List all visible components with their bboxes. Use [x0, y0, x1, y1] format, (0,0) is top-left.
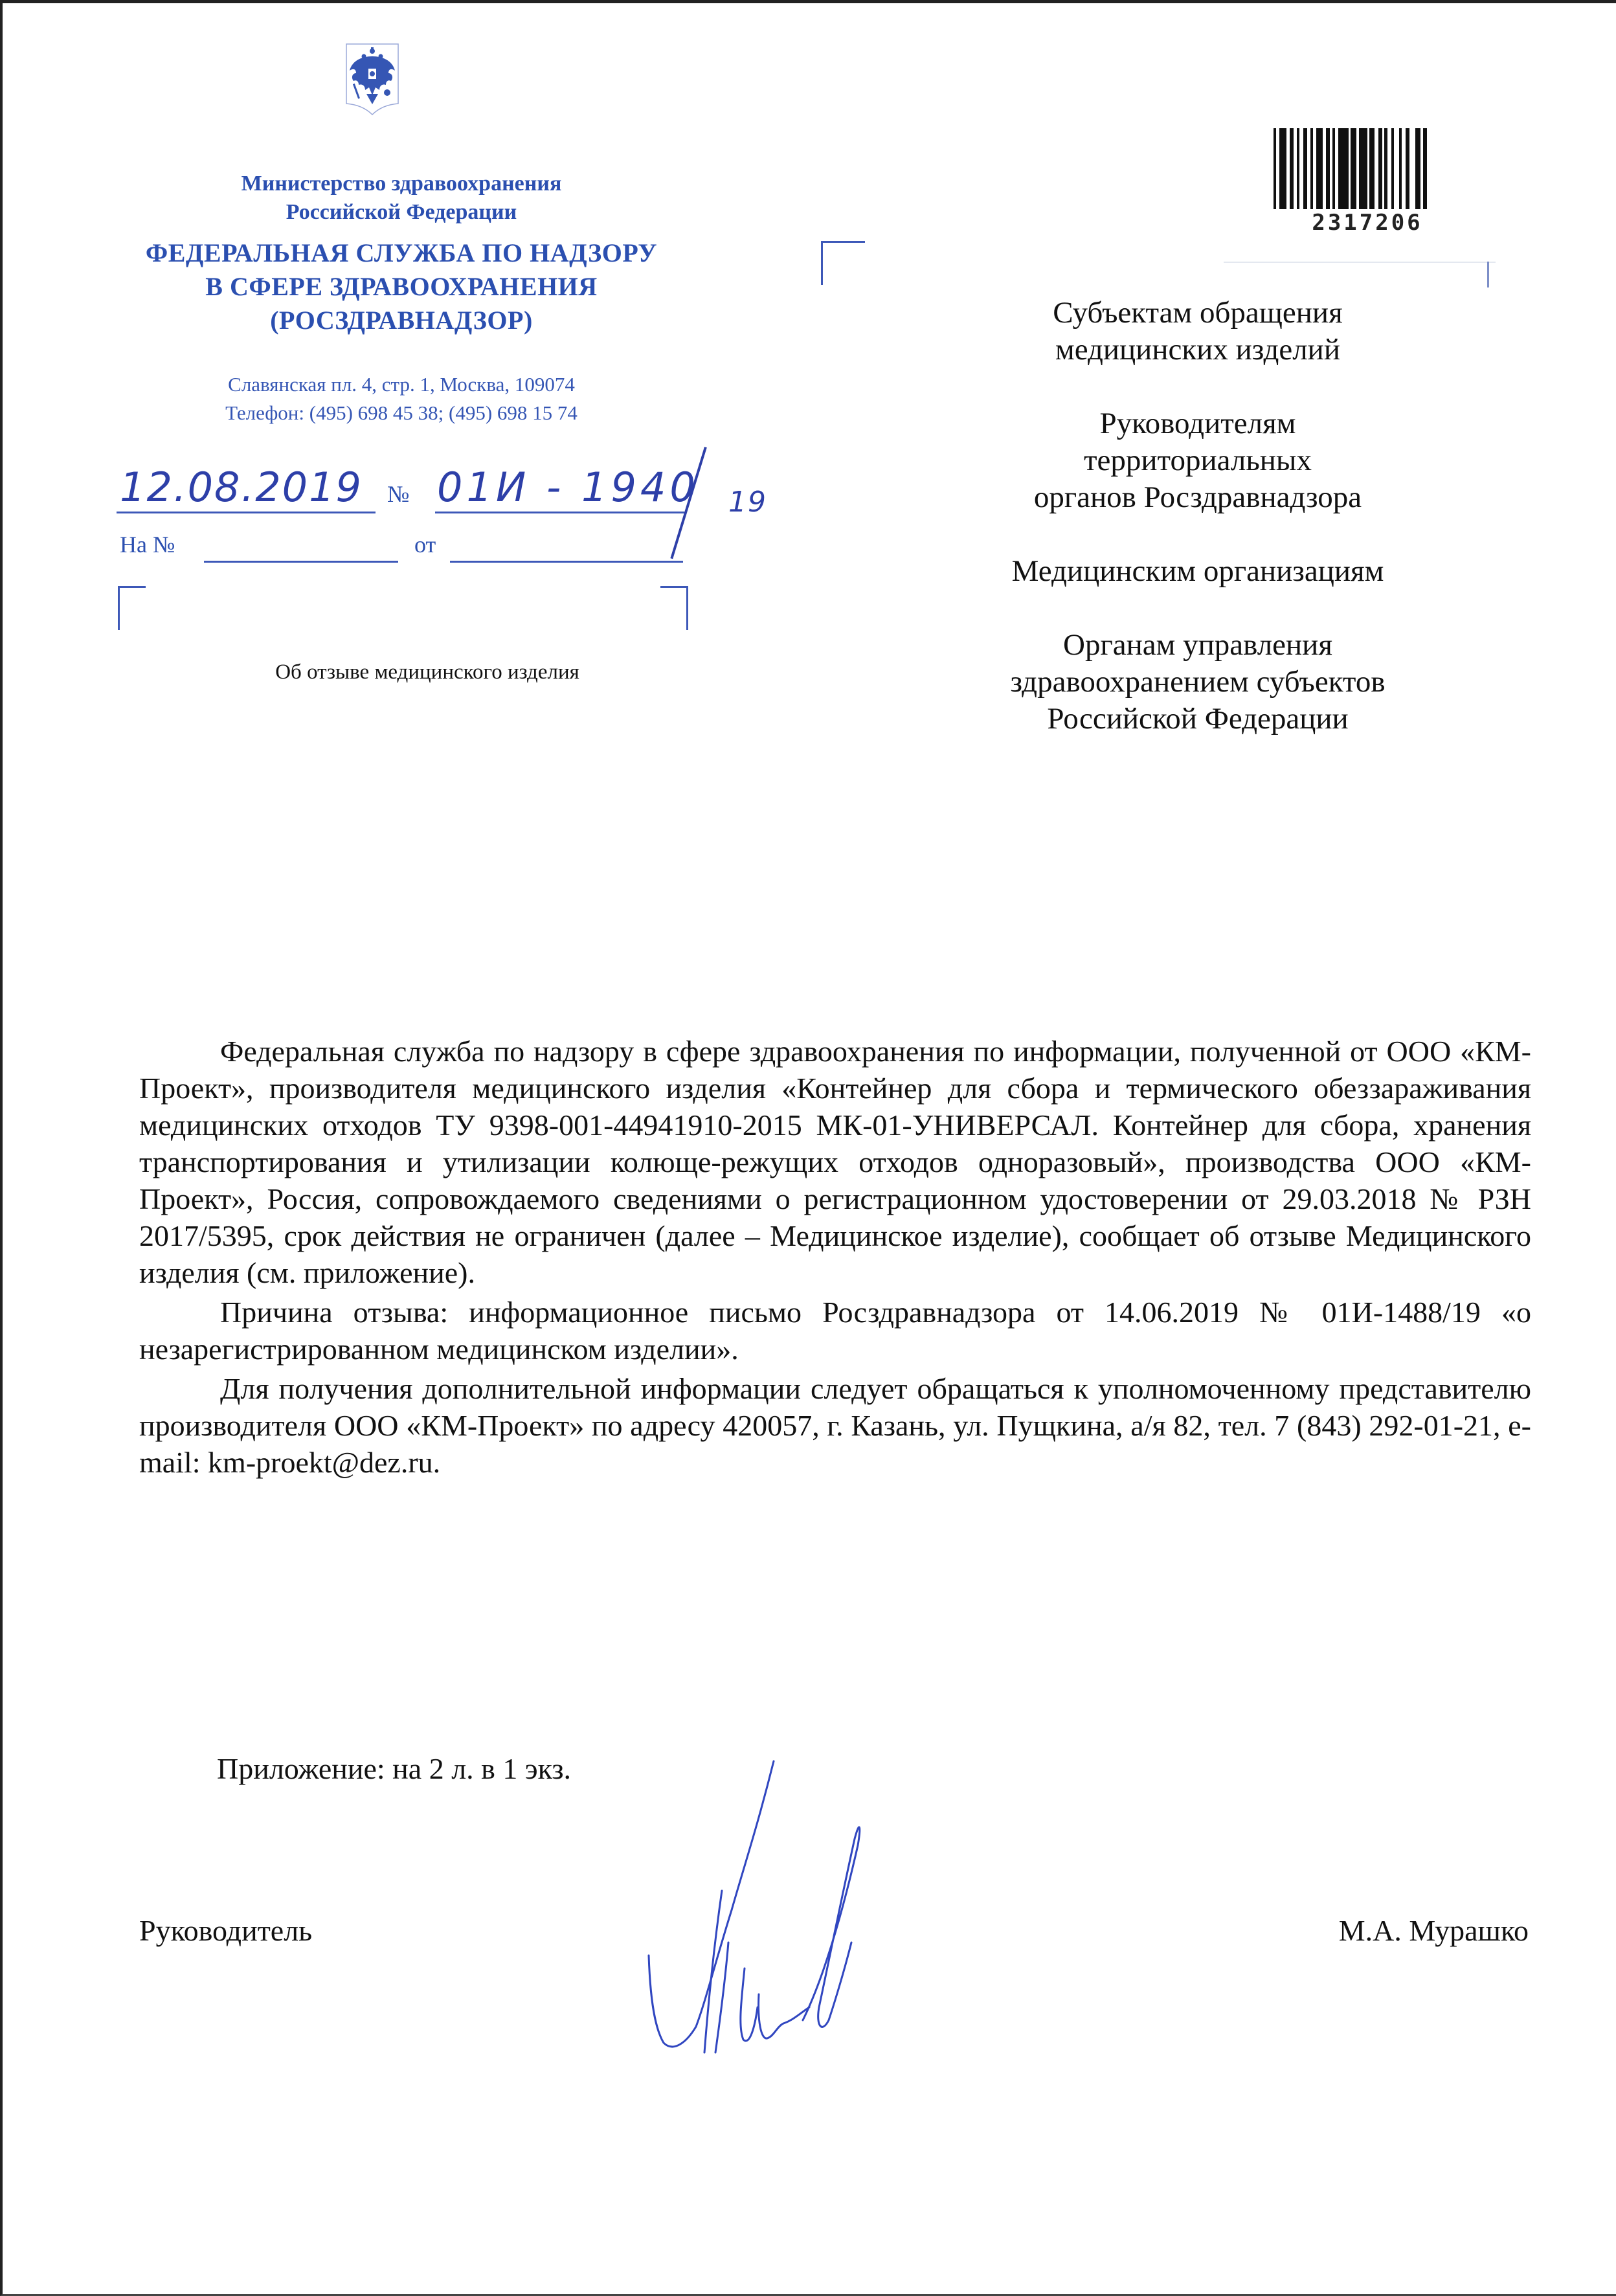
- subject-bracket-right: [660, 586, 688, 630]
- letter-subject: Об отзыве медицинского изделия: [129, 660, 725, 684]
- letter-body: Федеральная служба по надзору в сфере зд…: [139, 1033, 1531, 1481]
- address-line: Славянская пл. 4, стр. 1, Москва, 109074: [110, 370, 693, 399]
- signatory-title: Руководитель: [139, 1913, 312, 1948]
- agency-line-1: ФЕДЕРАЛЬНАЯ СЛУЖБА ПО НАДЗОРУ: [97, 236, 706, 270]
- subject-bracket-left: [118, 586, 146, 630]
- agency-name: ФЕДЕРАЛЬНАЯ СЛУЖБА ПО НАДЗОРУ В СФЕРЕ ЗД…: [97, 236, 706, 337]
- attachment-note: Приложение: на 2 л. в 1 экз.: [217, 1751, 571, 1786]
- ministry-line-1: Министерство здравоохранения: [110, 170, 693, 198]
- addressee-line: Органам управления: [906, 627, 1489, 664]
- ministry-name: Министерство здравоохранения Российской …: [110, 170, 693, 227]
- addressee-line: Российской Федерации: [906, 701, 1489, 737]
- barcode-divider: [1224, 262, 1496, 263]
- handwritten-date: 12.08.2019: [120, 464, 363, 511]
- agency-line-3: (РОСЗДРАВНАДЗОР): [97, 304, 706, 337]
- address-bracket-left: [821, 241, 865, 285]
- reply-from-label: от: [414, 531, 436, 558]
- handwritten-signature-icon: [634, 1748, 1023, 2059]
- addressee-group: Медицинским организациям: [906, 553, 1489, 590]
- handwritten-number: 01И - 1940: [437, 464, 699, 511]
- number-underline: [435, 512, 684, 513]
- reply-date-field: [450, 531, 683, 563]
- addressee-group: Руководителям территориальных органов Ро…: [906, 405, 1489, 516]
- date-underline: [117, 512, 376, 513]
- addressee-group: Субъектам обращения медицинских изделий: [906, 295, 1489, 368]
- barcode-tick: [1487, 262, 1489, 287]
- addressee-group: Органам управления здравоохранением субъ…: [906, 627, 1489, 737]
- addressee-line: Медицинским организациям: [906, 553, 1489, 590]
- addressee-line: территориальных: [906, 442, 1489, 479]
- registration-row: 12.08.2019 № 01И - 1940 19: [117, 466, 796, 518]
- addressee-line: органов Росздравнадзора: [906, 479, 1489, 516]
- reply-number-label: На №: [120, 531, 175, 558]
- addressee-line: Субъектам обращения: [906, 295, 1489, 332]
- body-paragraph-2: Причина отзыва: информационное письмо Ро…: [139, 1294, 1531, 1367]
- number-sign: №: [387, 480, 409, 508]
- barcode: [1274, 128, 1461, 209]
- addressee-line: медицинских изделий: [906, 332, 1489, 368]
- agency-line-2: В СФЕРЕ ЗДРАВООХРАНЕНИЯ: [97, 270, 706, 304]
- signatory-name: М.А. Мурашко: [1339, 1913, 1529, 1948]
- reply-reference-row: На № от: [120, 531, 800, 570]
- coat-of-arms-icon: [343, 42, 401, 117]
- addressee-line: Руководителям: [906, 405, 1489, 442]
- addressees: Субъектам обращения медицинских изделий …: [906, 295, 1489, 774]
- agency-address: Славянская пл. 4, стр. 1, Москва, 109074…: [110, 370, 693, 427]
- barcode-number: 2317206: [1274, 210, 1461, 236]
- body-paragraph-3: Для получения дополнительной информации …: [139, 1370, 1531, 1481]
- ministry-line-2: Российской Федерации: [110, 198, 693, 227]
- body-paragraph-1: Федеральная служба по надзору в сфере зд…: [139, 1033, 1531, 1291]
- handwritten-number-suffix: 19: [728, 486, 767, 519]
- reply-number-field: [204, 531, 398, 563]
- addressee-line: здравоохранением субъектов: [906, 664, 1489, 701]
- phone-line: Телефон: (495) 698 45 38; (495) 698 15 7…: [110, 399, 693, 427]
